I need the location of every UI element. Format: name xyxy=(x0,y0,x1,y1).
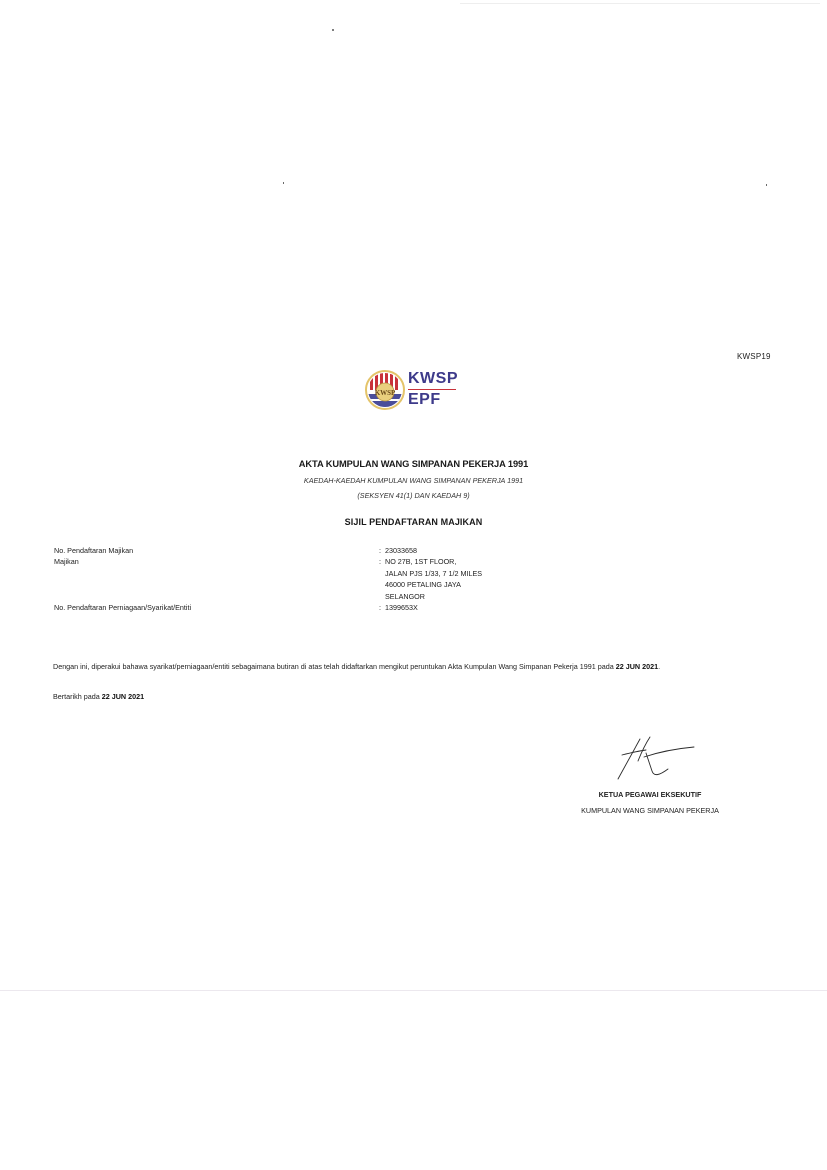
address-line: JALAN PJS 1/33, 7 1/2 MILES xyxy=(385,568,482,579)
section-reference: (SEKSYEN 41(1) DAN KAEDAH 9) xyxy=(0,491,827,500)
field-label: Majikan xyxy=(54,556,79,567)
field-business-reg-no: No. Pendaftaran Perniagaan/Syarikat/Enti… xyxy=(54,602,554,613)
certificate-title: SIJIL PENDAFTARAN MAJIKAN xyxy=(0,517,827,527)
address-row: 46000 PETALING JAYA xyxy=(54,579,554,590)
rules-title: KAEDAH-KAEDAH KUMPULAN WANG SIMPANAN PEK… xyxy=(0,476,827,485)
address-line: SELANGOR xyxy=(385,591,425,602)
field-separator: : xyxy=(379,545,381,556)
scan-speck xyxy=(766,184,767,186)
field-employer-reg-no: No. Pendaftaran Majikan : 23033658 xyxy=(54,545,554,556)
svg-text:KWSP: KWSP xyxy=(375,389,396,397)
signatory-organization: KUMPULAN WANG SIMPANAN PEKERJA xyxy=(560,806,740,815)
registration-details: No. Pendaftaran Majikan : 23033658 Majik… xyxy=(54,545,554,613)
declaration-suffix: . xyxy=(658,662,660,671)
dated-date: 22 JUN 2021 xyxy=(102,692,144,701)
address-row: JALAN PJS 1/33, 7 1/2 MILES xyxy=(54,568,554,579)
scan-speck xyxy=(332,29,334,31)
field-label: No. Pendaftaran Majikan xyxy=(54,545,133,556)
declaration-text: Dengan ini, diperakui bahawa syarikat/pe… xyxy=(53,662,616,671)
scan-speck xyxy=(283,182,284,184)
logo-kwsp-text: KWSP xyxy=(408,371,458,387)
logo-wordmark: KWSP EPF xyxy=(408,371,458,408)
dated-prefix: Bertarikh pada xyxy=(53,692,102,701)
declaration-statement: Dengan ini, diperakui bahawa syarikat/pe… xyxy=(53,662,660,671)
field-separator: : xyxy=(379,602,381,613)
signatory-title: KETUA PEGAWAI EKSEKUTIF xyxy=(560,790,740,799)
field-employer: Majikan : NO 27B, 1ST FLOOR, xyxy=(54,556,554,567)
scan-artifact-line xyxy=(0,990,827,991)
form-code: KWSP19 xyxy=(737,352,771,361)
kwsp-emblem-icon: KWSP xyxy=(364,366,406,414)
address-line: 46000 PETALING JAYA xyxy=(385,579,461,590)
declaration-date: 22 JUN 2021 xyxy=(616,662,658,671)
act-title: AKTA KUMPULAN WANG SIMPANAN PEKERJA 1991 xyxy=(8,459,818,470)
address-row: SELANGOR xyxy=(54,591,554,602)
business-reg-no-value: 1399653X xyxy=(385,602,418,613)
employer-reg-no-value: 23033658 xyxy=(385,545,417,556)
dated-line: Bertarikh pada 22 JUN 2021 xyxy=(53,692,144,701)
kwsp-logo: KWSP KWSP EPF xyxy=(364,366,464,414)
scan-artifact-line xyxy=(460,3,820,4)
certificate-page: KWSP19 KWSP KWSP EPF AKTA KUM xyxy=(0,0,827,1170)
field-label: No. Pendaftaran Perniagaan/Syarikat/Enti… xyxy=(54,602,191,613)
logo-divider xyxy=(408,389,456,390)
logo-epf-text: EPF xyxy=(408,392,458,408)
field-separator: : xyxy=(379,556,381,567)
signature-icon xyxy=(612,733,702,783)
address-line: NO 27B, 1ST FLOOR, xyxy=(385,556,456,567)
